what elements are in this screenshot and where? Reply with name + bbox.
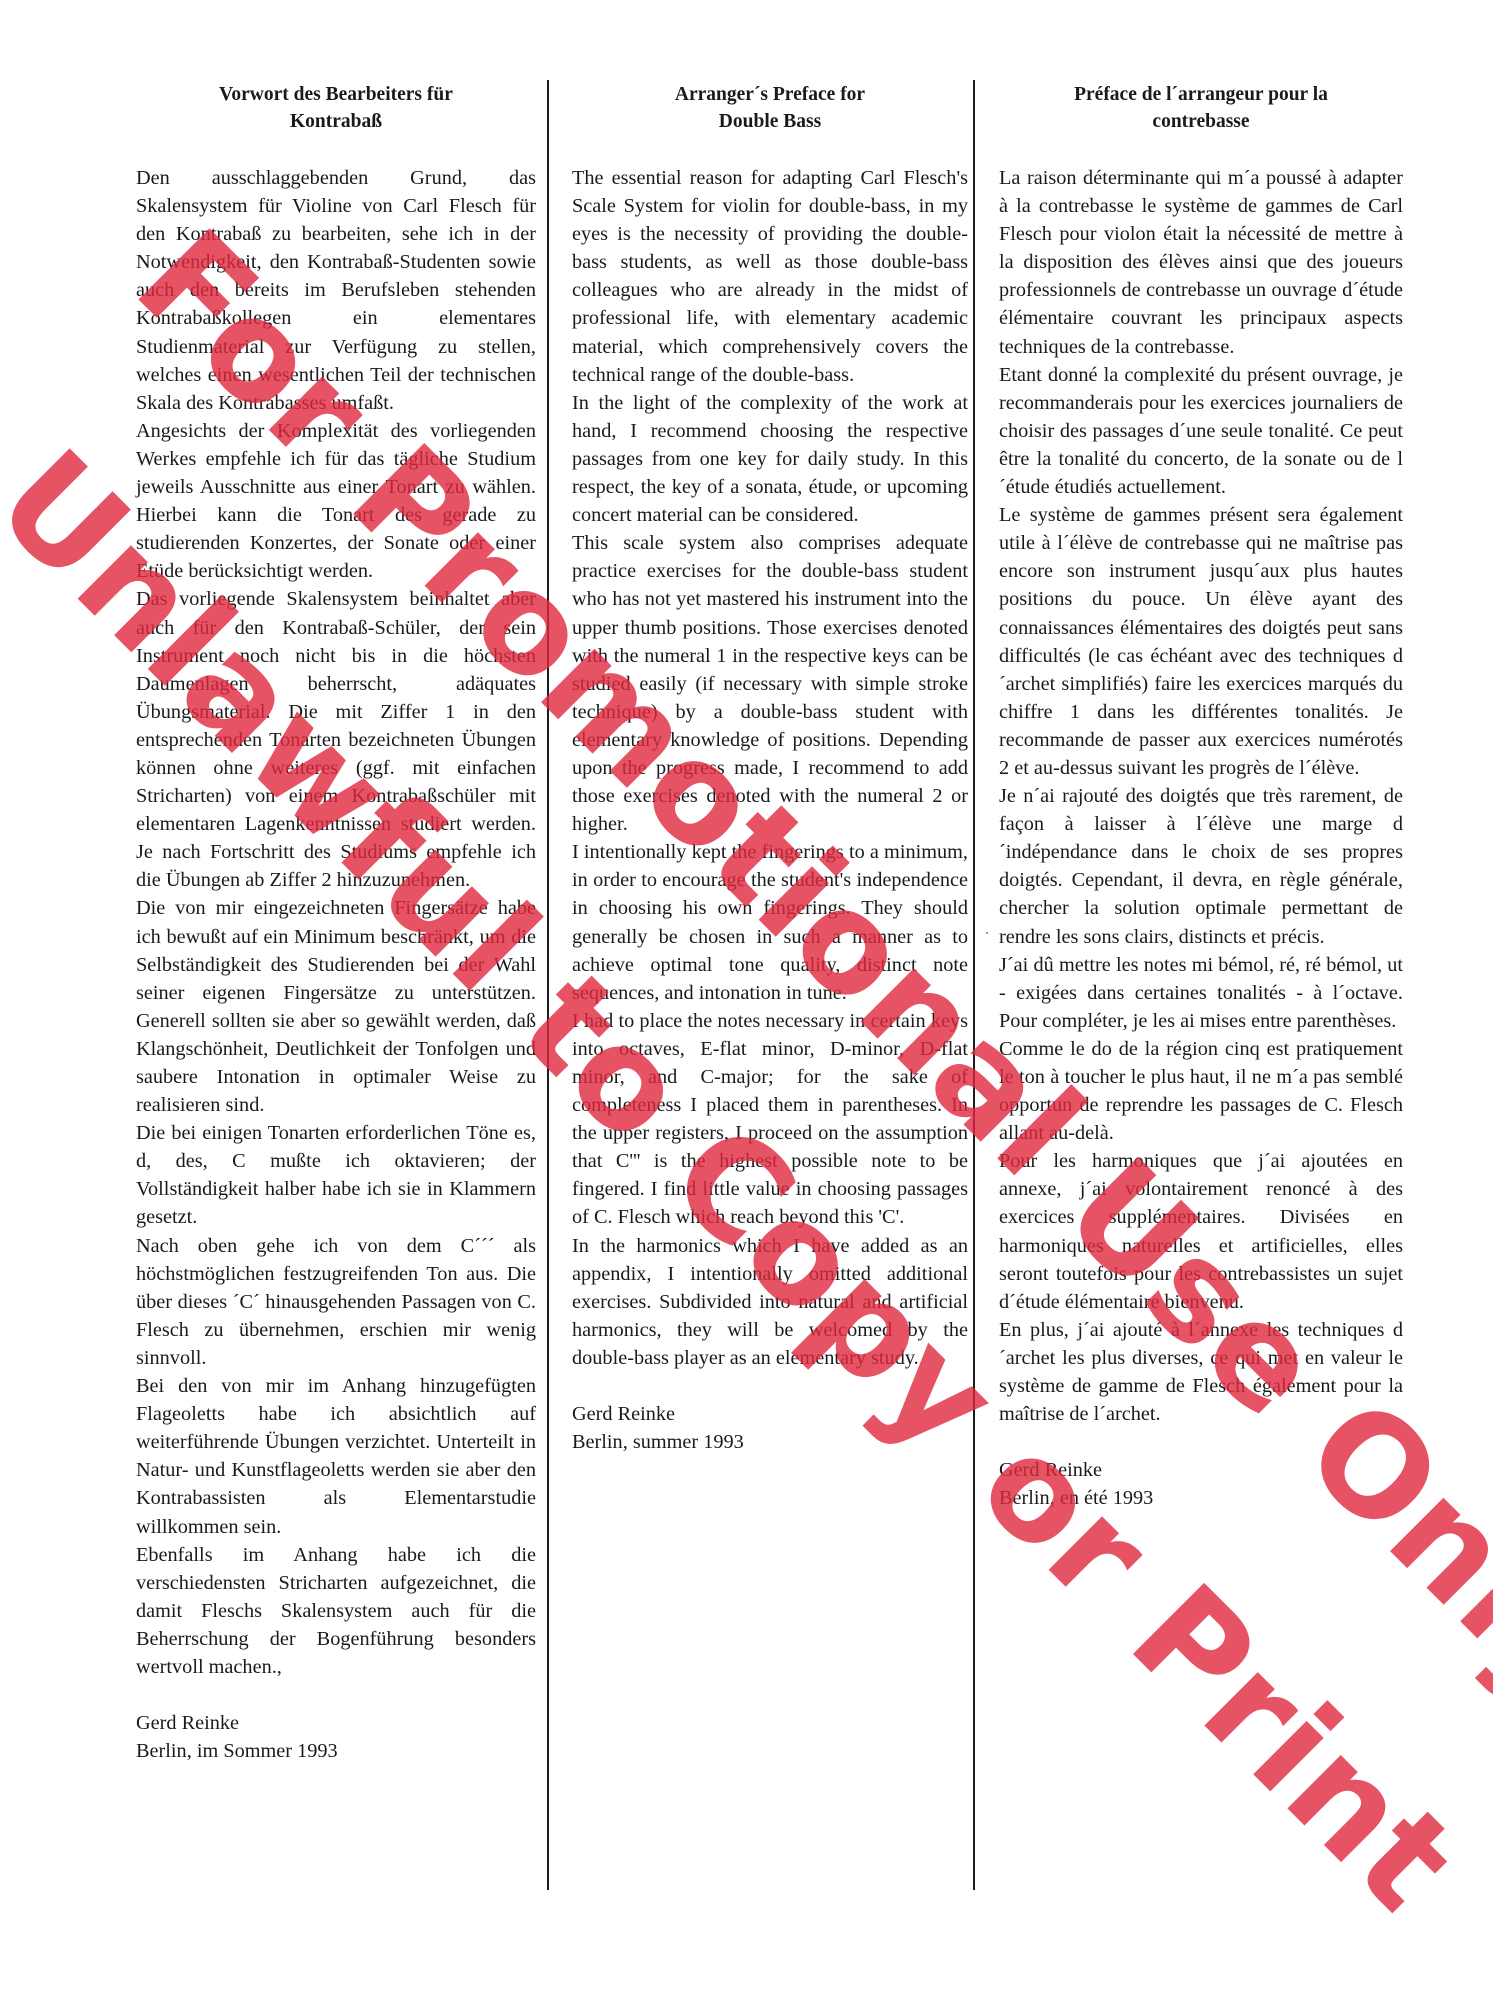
title-line: Kontrabaß — [136, 108, 536, 135]
document-page: Vorwort des Bearbeiters für Kontrabaß De… — [0, 0, 1493, 1994]
title-line: contrebasse — [999, 108, 1403, 135]
column-english: Arranger´s Preface for Double Bass The e… — [572, 80, 968, 1456]
signature-place-date: Berlin, summer 1993 — [572, 1428, 968, 1456]
signature-block: Gerd Reinke Berlin, summer 1993 — [572, 1400, 968, 1456]
paragraph: Nach oben gehe ich von dem C´´´ als höch… — [136, 1232, 536, 1372]
scan-speck — [986, 932, 988, 934]
paragraph: Bei den von mir im Anhang hinzugefügten … — [136, 1372, 536, 1541]
signature-name: Gerd Reinke — [136, 1709, 536, 1737]
column-french: Préface de l´arrangeur pour la contrebas… — [999, 80, 1403, 1512]
paragraph: Die bei einigen Tonarten erforderlichen … — [136, 1119, 536, 1231]
paragraph: La raison déterminante qui m´a poussé à … — [999, 164, 1403, 361]
paragraph: Angesichts der Komplexität des vorliegen… — [136, 417, 536, 586]
paragraph: J´ai dû mettre les notes mi bémol, ré, r… — [999, 951, 1403, 1035]
paragraph: I had to place the notes necessary in ce… — [572, 1007, 968, 1232]
column-title-german: Vorwort des Bearbeiters für Kontrabaß — [136, 80, 536, 135]
title-line: Préface de l´arrangeur pour la — [999, 81, 1403, 108]
signature-place-date: Berlin, im Sommer 1993 — [136, 1737, 536, 1765]
paragraph: This scale system also comprises adequat… — [572, 529, 968, 838]
column-divider — [547, 80, 549, 1890]
paragraph: Das vorliegende Skalensystem beinhaltet … — [136, 585, 536, 894]
paragraph: The essential reason for adapting Carl F… — [572, 164, 968, 389]
column-divider — [973, 80, 975, 1890]
title-line: Vorwort des Bearbeiters für — [136, 81, 536, 108]
column-title-french: Préface de l´arrangeur pour la contrebas… — [999, 80, 1403, 135]
paragraph: En plus, j´ai ajouté à l´annexe les tech… — [999, 1316, 1403, 1428]
paragraph: In the light of the complexity of the wo… — [572, 389, 968, 529]
title-line: Double Bass — [572, 108, 968, 135]
paragraph: I intentionally kept the fingerings to a… — [572, 838, 968, 1007]
paragraph: Je n´ai rajouté des doigtés que très rar… — [999, 782, 1403, 951]
scan-speck — [98, 508, 100, 510]
column-german: Vorwort des Bearbeiters für Kontrabaß De… — [136, 80, 536, 1765]
title-line: Arranger´s Preface for — [572, 81, 968, 108]
paragraph: Comme le do de la région cinq est pratiq… — [999, 1035, 1403, 1147]
signature-block: Gerd Reinke Berlin, im Sommer 1993 — [136, 1709, 536, 1765]
signature-name: Gerd Reinke — [572, 1400, 968, 1428]
paragraph: In the harmonics which I have added as a… — [572, 1232, 968, 1372]
paragraph: Le système de gammes présent sera égalem… — [999, 501, 1403, 782]
signature-place-date: Berlin, en été 1993 — [999, 1484, 1403, 1512]
paragraph: Ebenfalls im Anhang habe ich die verschi… — [136, 1541, 536, 1681]
signature-block: Gerd Reinke Berlin, en été 1993 — [999, 1456, 1403, 1512]
paragraph: Den ausschlaggebenden Grund, das Skalens… — [136, 164, 536, 417]
paragraph: Pour les harmoniques que j´ai ajoutées e… — [999, 1147, 1403, 1316]
paragraph: Die von mir eingezeichneten Fingersätze … — [136, 894, 536, 1119]
paragraph: Etant donné la complexité du présent ouv… — [999, 361, 1403, 501]
column-title-english: Arranger´s Preface for Double Bass — [572, 80, 968, 135]
signature-name: Gerd Reinke — [999, 1456, 1403, 1484]
